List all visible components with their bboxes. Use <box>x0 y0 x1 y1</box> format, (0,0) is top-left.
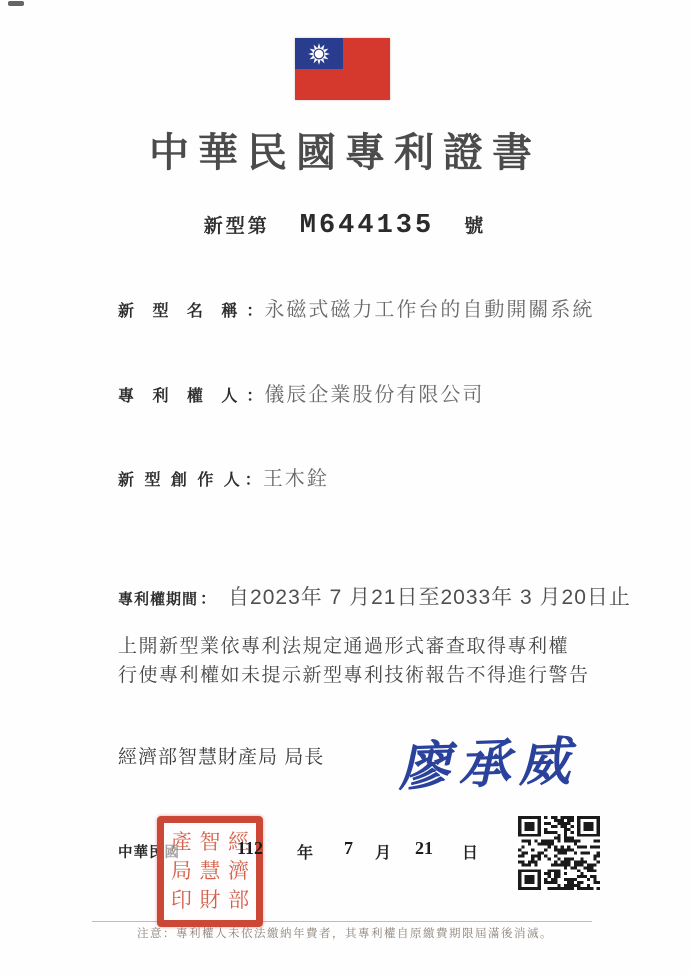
field-colon: ： <box>245 467 261 490</box>
seal-char: 局 <box>167 857 196 886</box>
date-month: 7 <box>344 838 353 859</box>
director-signature: 廖承威 <box>387 719 589 801</box>
field-value: 儀辰企業股份有限公司 <box>264 378 484 407</box>
field-row-period: 專利權期間 ： 自2023年 7 月21日至2033年 3 月20日止 <box>118 581 631 611</box>
footnote: 注意：專利權人未依法繳納年費者，其專利權自原繳費期限屆滿後消滅。 <box>0 925 690 941</box>
field-label: 新 型 名 稱 <box>118 298 244 321</box>
field-label: 專 利 權 人 <box>118 383 244 406</box>
flag-canton <box>295 38 343 69</box>
field-colon: ： <box>246 383 262 406</box>
date-day-unit: 日 <box>462 840 478 863</box>
qr-canvas <box>518 816 600 890</box>
certificate-page: 中華民國專利證書 新型第 M644135 號 新 型 名 稱 ： 永磁式磁力工作… <box>0 0 690 975</box>
scan-artifact <box>8 1 24 6</box>
patent-number-line: 新型第 M644135 號 <box>0 211 690 241</box>
seal-char: 慧 <box>196 857 225 886</box>
field-row-owner: 專 利 權 人 ： 儀辰企業股份有限公司 <box>118 378 484 407</box>
date-day: 21 <box>415 838 433 859</box>
field-value: 自2023年 7 月21日至2033年 3 月20日止 <box>228 581 631 611</box>
seal-char: 產 <box>167 828 196 857</box>
field-colon: ： <box>246 298 262 321</box>
date-year: 112 <box>237 838 263 859</box>
official-seal: 產 智 經 局 慧 濟 印 財 部 <box>157 816 263 927</box>
legal-line: 上開新型業依專利法規定通過形式審查取得專利權 <box>118 632 590 661</box>
qr-code <box>518 816 600 890</box>
seal-char: 財 <box>196 886 225 915</box>
date-month-unit: 月 <box>375 840 391 863</box>
seal-char: 部 <box>224 886 253 915</box>
field-row-name: 新 型 名 稱 ： 永磁式磁力工作台的自動開關系統 <box>118 293 594 322</box>
field-value: 永磁式磁力工作台的自動開關系統 <box>264 293 594 322</box>
field-value: 王木銓 <box>263 462 329 491</box>
legal-line: 行使專利權如未提示新型專利技術報告不得進行警告 <box>118 661 590 690</box>
seal-char: 印 <box>167 886 196 915</box>
seal-char: 濟 <box>224 857 253 886</box>
certificate-title: 中華民國專利證書 <box>0 121 690 178</box>
legal-statement: 上開新型業依專利法規定通過形式審查取得專利權 行使專利權如未提示新型專利技術報告… <box>118 632 590 691</box>
patent-number-suffix: 號 <box>464 211 486 238</box>
field-row-creator: 新 型 創 作 人 ： 王木銓 <box>118 462 329 491</box>
field-label: 專利權期間 <box>118 588 198 609</box>
field-colon: ： <box>200 586 216 609</box>
roc-flag <box>295 38 390 100</box>
sun-icon <box>306 41 332 67</box>
field-label: 新 型 創 作 人 <box>118 467 243 490</box>
seal-char: 智 <box>196 828 225 857</box>
date-year-unit: 年 <box>297 840 313 863</box>
patent-number: M644135 <box>300 211 434 241</box>
issuer-title: 經濟部智慧財產局 局長 <box>118 742 324 769</box>
patent-number-prefix: 新型第 <box>204 211 270 238</box>
